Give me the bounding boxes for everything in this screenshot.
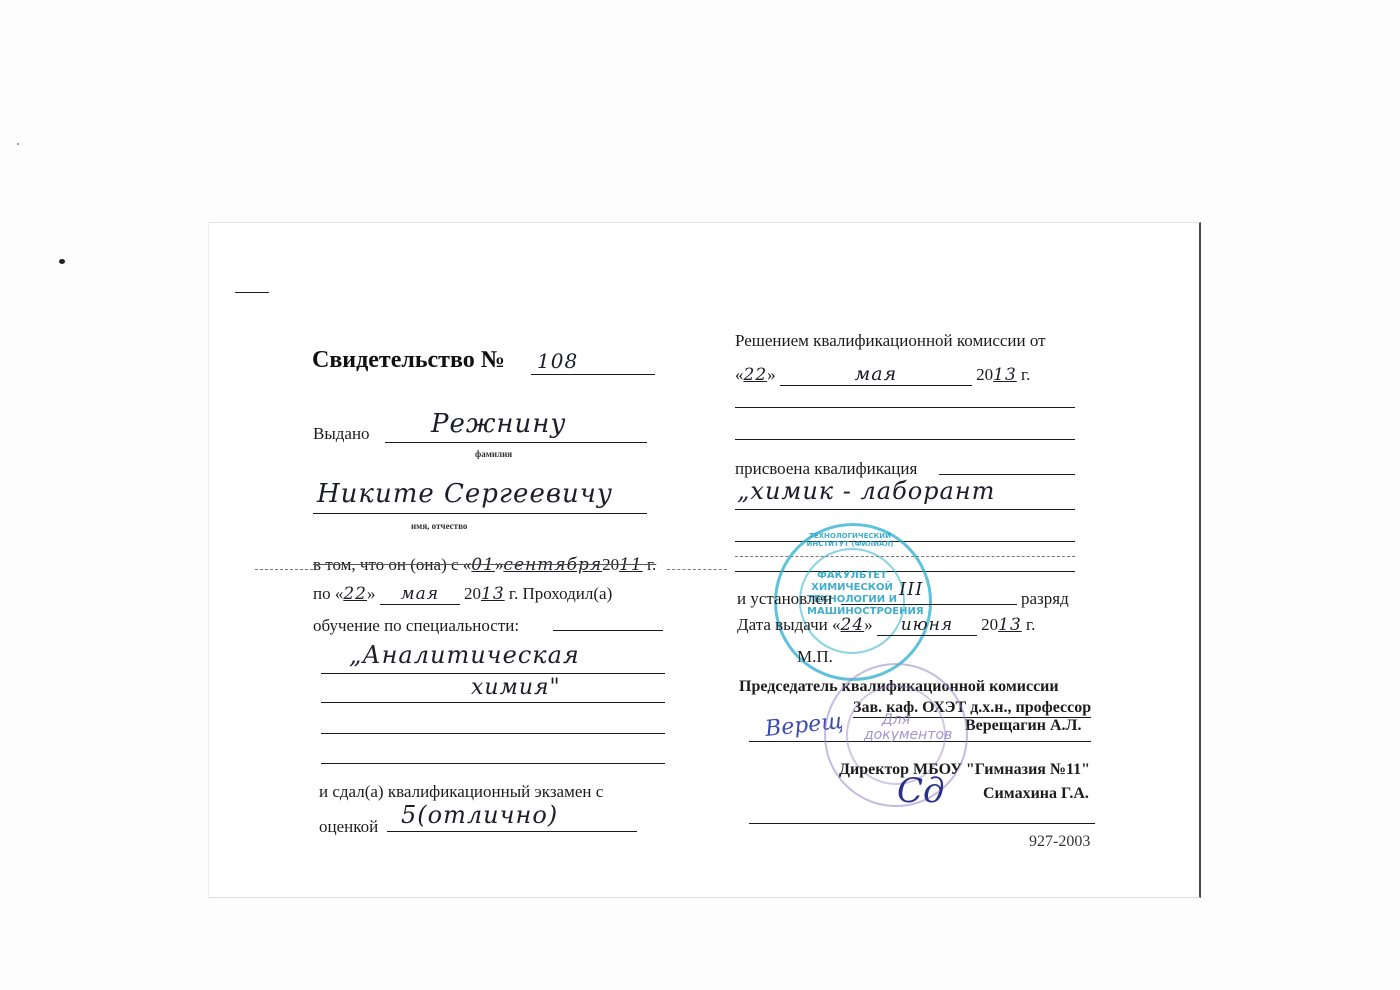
period-start-line: в том, что он (она) с «01»сентября2011 г… bbox=[313, 555, 656, 575]
name-caption: имя, отчество bbox=[411, 521, 467, 531]
institute-stamp-ring-text: ТЕХНОЛОГИЧЕСКИЙ ИНСТИТУТ (ФИЛИАЛ) bbox=[787, 532, 913, 548]
qualification-value: „химик - лаборант bbox=[737, 477, 995, 505]
decision-date-line: «22» мая 2013 г. bbox=[735, 363, 1030, 386]
period-start-year: 11 bbox=[619, 555, 643, 575]
period-start-month: сентября bbox=[503, 555, 602, 575]
studied-label: г. Проходил(а) bbox=[509, 584, 612, 603]
exam-label: и сдал(а) квалификационный экзамен с bbox=[319, 782, 603, 802]
qualification-underline-1 bbox=[735, 509, 1075, 510]
decision-label: Решением квалификационной комиссии от bbox=[735, 331, 1046, 351]
issue-year-prefix: 20 bbox=[981, 615, 998, 634]
name-patronymic-value: Никите Сергеевичу bbox=[317, 479, 613, 509]
period-start-year-prefix: 20 bbox=[602, 555, 619, 574]
school-stamp-text: Для документов bbox=[864, 713, 928, 743]
specialty-underline-0 bbox=[553, 630, 663, 631]
decision-year: 13 bbox=[993, 365, 1017, 385]
period-end-year: 13 bbox=[481, 584, 505, 604]
decision-underline-1 bbox=[735, 407, 1075, 408]
decision-day: 22 bbox=[744, 365, 768, 385]
decision-underline-2 bbox=[735, 439, 1075, 440]
issue-day: 24 bbox=[841, 615, 865, 635]
period-end-line: по «22» мая 2013 г. Проходил(а) bbox=[313, 584, 612, 605]
director-signature: Сд bbox=[897, 771, 945, 811]
grade-label: оценкой bbox=[319, 817, 378, 837]
certificate-title: Свидетельство № bbox=[312, 347, 505, 374]
surname-underline bbox=[385, 442, 647, 443]
issue-year-suffix: г. bbox=[1026, 615, 1035, 634]
issued-label: Выдано bbox=[313, 424, 370, 444]
grade-value: 5(отлично) bbox=[401, 801, 558, 829]
school-stamp: Для документов bbox=[824, 663, 968, 807]
certificate-sheet: Свидетельство № 108 Выдано Режнину фамил… bbox=[208, 222, 1201, 898]
specialty-underline-4 bbox=[321, 763, 665, 764]
seal-label: М.П. bbox=[797, 647, 833, 667]
period-end-prefix: по « bbox=[313, 584, 343, 603]
specialty-underline-2 bbox=[321, 702, 665, 703]
grade-rank-value: III bbox=[899, 579, 923, 600]
grade-rank-suffix: разряд bbox=[1021, 589, 1069, 609]
period-end-month: мая bbox=[380, 584, 460, 605]
number-underline bbox=[531, 374, 655, 375]
year-suffix: г. bbox=[647, 555, 656, 574]
grade-rank-label: и установлен bbox=[737, 589, 832, 609]
grade-rank-underline bbox=[841, 604, 1017, 605]
issue-month: июня bbox=[877, 615, 977, 636]
issue-label: Дата выдачи « bbox=[737, 615, 841, 634]
scan-speck bbox=[59, 259, 65, 264]
issue-date-line: Дата выдачи «24» июня 2013 г. bbox=[737, 615, 1035, 636]
dashed-line bbox=[255, 569, 313, 570]
specialty-value-line2: химия" bbox=[471, 675, 561, 700]
surname-caption: фамилия bbox=[475, 449, 512, 459]
director-signature-line bbox=[749, 823, 1095, 824]
director-title: Директор МБОУ "Гимназия №11" bbox=[839, 761, 1090, 779]
specialty-label: обучение по специальности: bbox=[313, 616, 519, 636]
decision-month: мая bbox=[780, 363, 972, 386]
stray-mark bbox=[235, 292, 269, 293]
name-underline bbox=[313, 513, 647, 514]
specialty-value-line1: „Аналитическая bbox=[349, 641, 580, 669]
period-prefix: в том, что он (она) с « bbox=[313, 555, 471, 574]
form-code: 927-2003 bbox=[1029, 833, 1090, 851]
dashed-line bbox=[667, 569, 727, 570]
qualification-label: присвоена квалификация bbox=[735, 459, 917, 479]
specialty-underline-3 bbox=[321, 733, 665, 734]
period-start-day: 01 bbox=[471, 555, 495, 575]
decision-year-suffix: г. bbox=[1021, 365, 1030, 384]
grade-underline bbox=[387, 831, 637, 832]
certificate-number: 108 bbox=[537, 349, 578, 373]
scan-speck bbox=[17, 143, 19, 145]
chairman-name: Верещагин А.Л. bbox=[965, 717, 1081, 735]
period-end-day: 22 bbox=[343, 584, 367, 604]
qualification-underline-0 bbox=[939, 474, 1075, 475]
period-end-year-prefix: 20 bbox=[464, 584, 481, 603]
specialty-underline-1 bbox=[321, 673, 665, 674]
decision-year-prefix: 20 bbox=[976, 365, 993, 384]
surname-value: Режнину bbox=[431, 409, 567, 439]
director-name: Симахина Г.А. bbox=[983, 785, 1089, 803]
issue-year: 13 bbox=[998, 615, 1022, 635]
